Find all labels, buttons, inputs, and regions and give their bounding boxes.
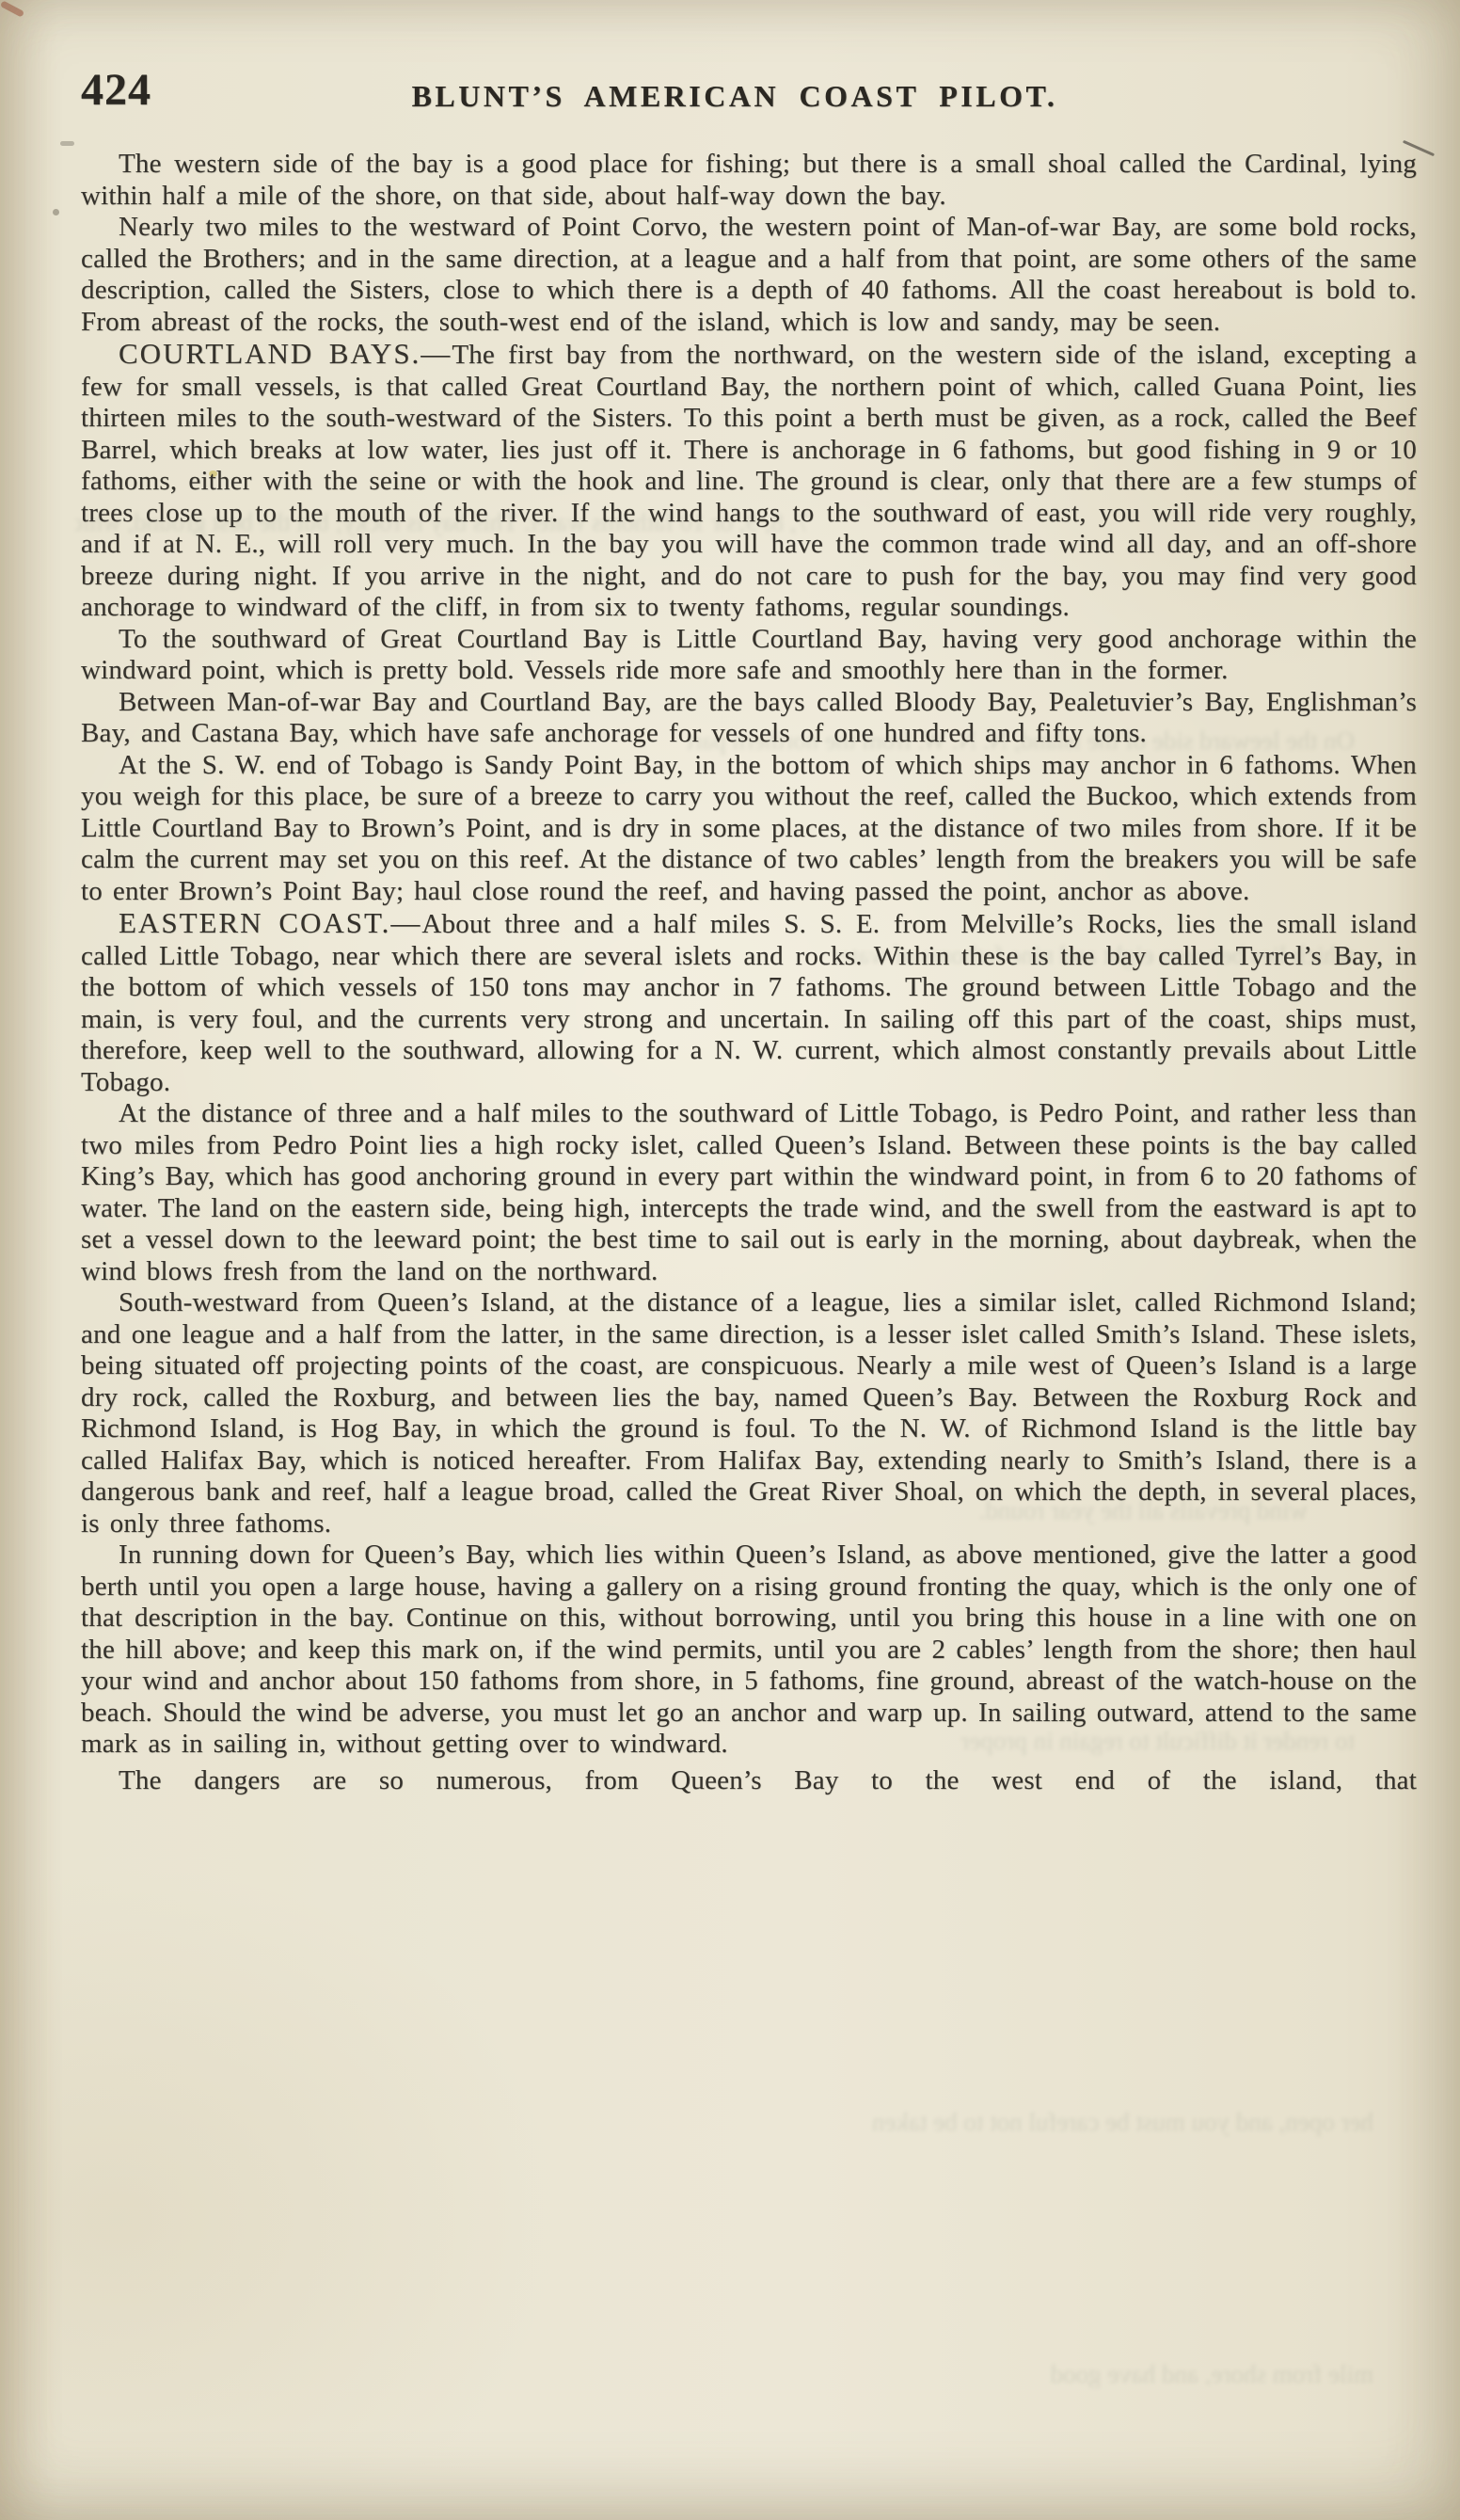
paragraph: Nearly two miles to the westward of Poin… [81, 212, 1417, 338]
paragraph-eastern-coast: EASTERN COAST.—About three and a half mi… [81, 907, 1417, 1098]
paragraph: South-westward from Queen’s Island, at t… [81, 1287, 1417, 1539]
paragraph: At the distance of three and a half mile… [81, 1098, 1417, 1287]
running-head: 424 BLUNT’S AMERICAN COAST PILOT. [81, 68, 1417, 128]
paragraph-text: The western side of the bay is a good pl… [81, 149, 1417, 211]
paragraph-text: At the distance of three and a half mile… [81, 1098, 1417, 1286]
section-heading: EASTERN COAST.— [119, 906, 421, 939]
running-title: BLUNT’S AMERICAN COAST PILOT. [288, 79, 1182, 114]
paragraph-text: At the S. W. end of Tobago is Sandy Poin… [81, 750, 1417, 906]
section-heading: COURTLAND BAYS.— [119, 337, 452, 370]
bleedthrough-text: mile from shore, and have good [922, 2360, 1373, 2389]
paragraph-text: Between Man-of-war Bay and Courtland Bay… [81, 687, 1417, 749]
paragraph-text: In running down for Queen’s Bay, which l… [81, 1539, 1417, 1759]
paragraph: The western side of the bay is a good pl… [81, 149, 1417, 212]
paragraph-courtland-bays: COURTLAND BAYS.—The first bay from the n… [81, 338, 1417, 624]
bleedthrough-text: her open, and you must be careful not to… [527, 2108, 1373, 2137]
paragraph-text: The dangers are so numerous, from Queen’… [119, 1765, 1417, 1795]
paragraph: At the S. W. end of Tobago is Sandy Poin… [81, 750, 1417, 908]
corner-blemish [0, 0, 24, 17]
paragraph: To the southward of Great Courtland Bay … [81, 624, 1417, 687]
catch-line: The dangers are so numerous, from Queen’… [81, 1765, 1417, 1797]
paragraph: Between Man-of-war Bay and Courtland Bay… [81, 687, 1417, 750]
page-number: 424 [81, 68, 151, 113]
paragraph-text: South-westward from Queen’s Island, at t… [81, 1287, 1417, 1539]
paragraph-text: Nearly two miles to the westward of Poin… [81, 212, 1417, 337]
paragraph-text: To the southward of Great Courtland Bay … [81, 624, 1417, 686]
book-page-scan: 7, 8, 9, or 10 fathoms water. This bay i… [0, 0, 1460, 2520]
paper-speck [53, 209, 59, 215]
paragraph-text: The first bay from the northward, on the… [81, 340, 1417, 622]
text-block: The western side of the bay is a good pl… [81, 149, 1417, 1796]
ink-smudge [60, 141, 74, 146]
paragraph: In running down for Queen’s Bay, which l… [81, 1539, 1417, 1761]
